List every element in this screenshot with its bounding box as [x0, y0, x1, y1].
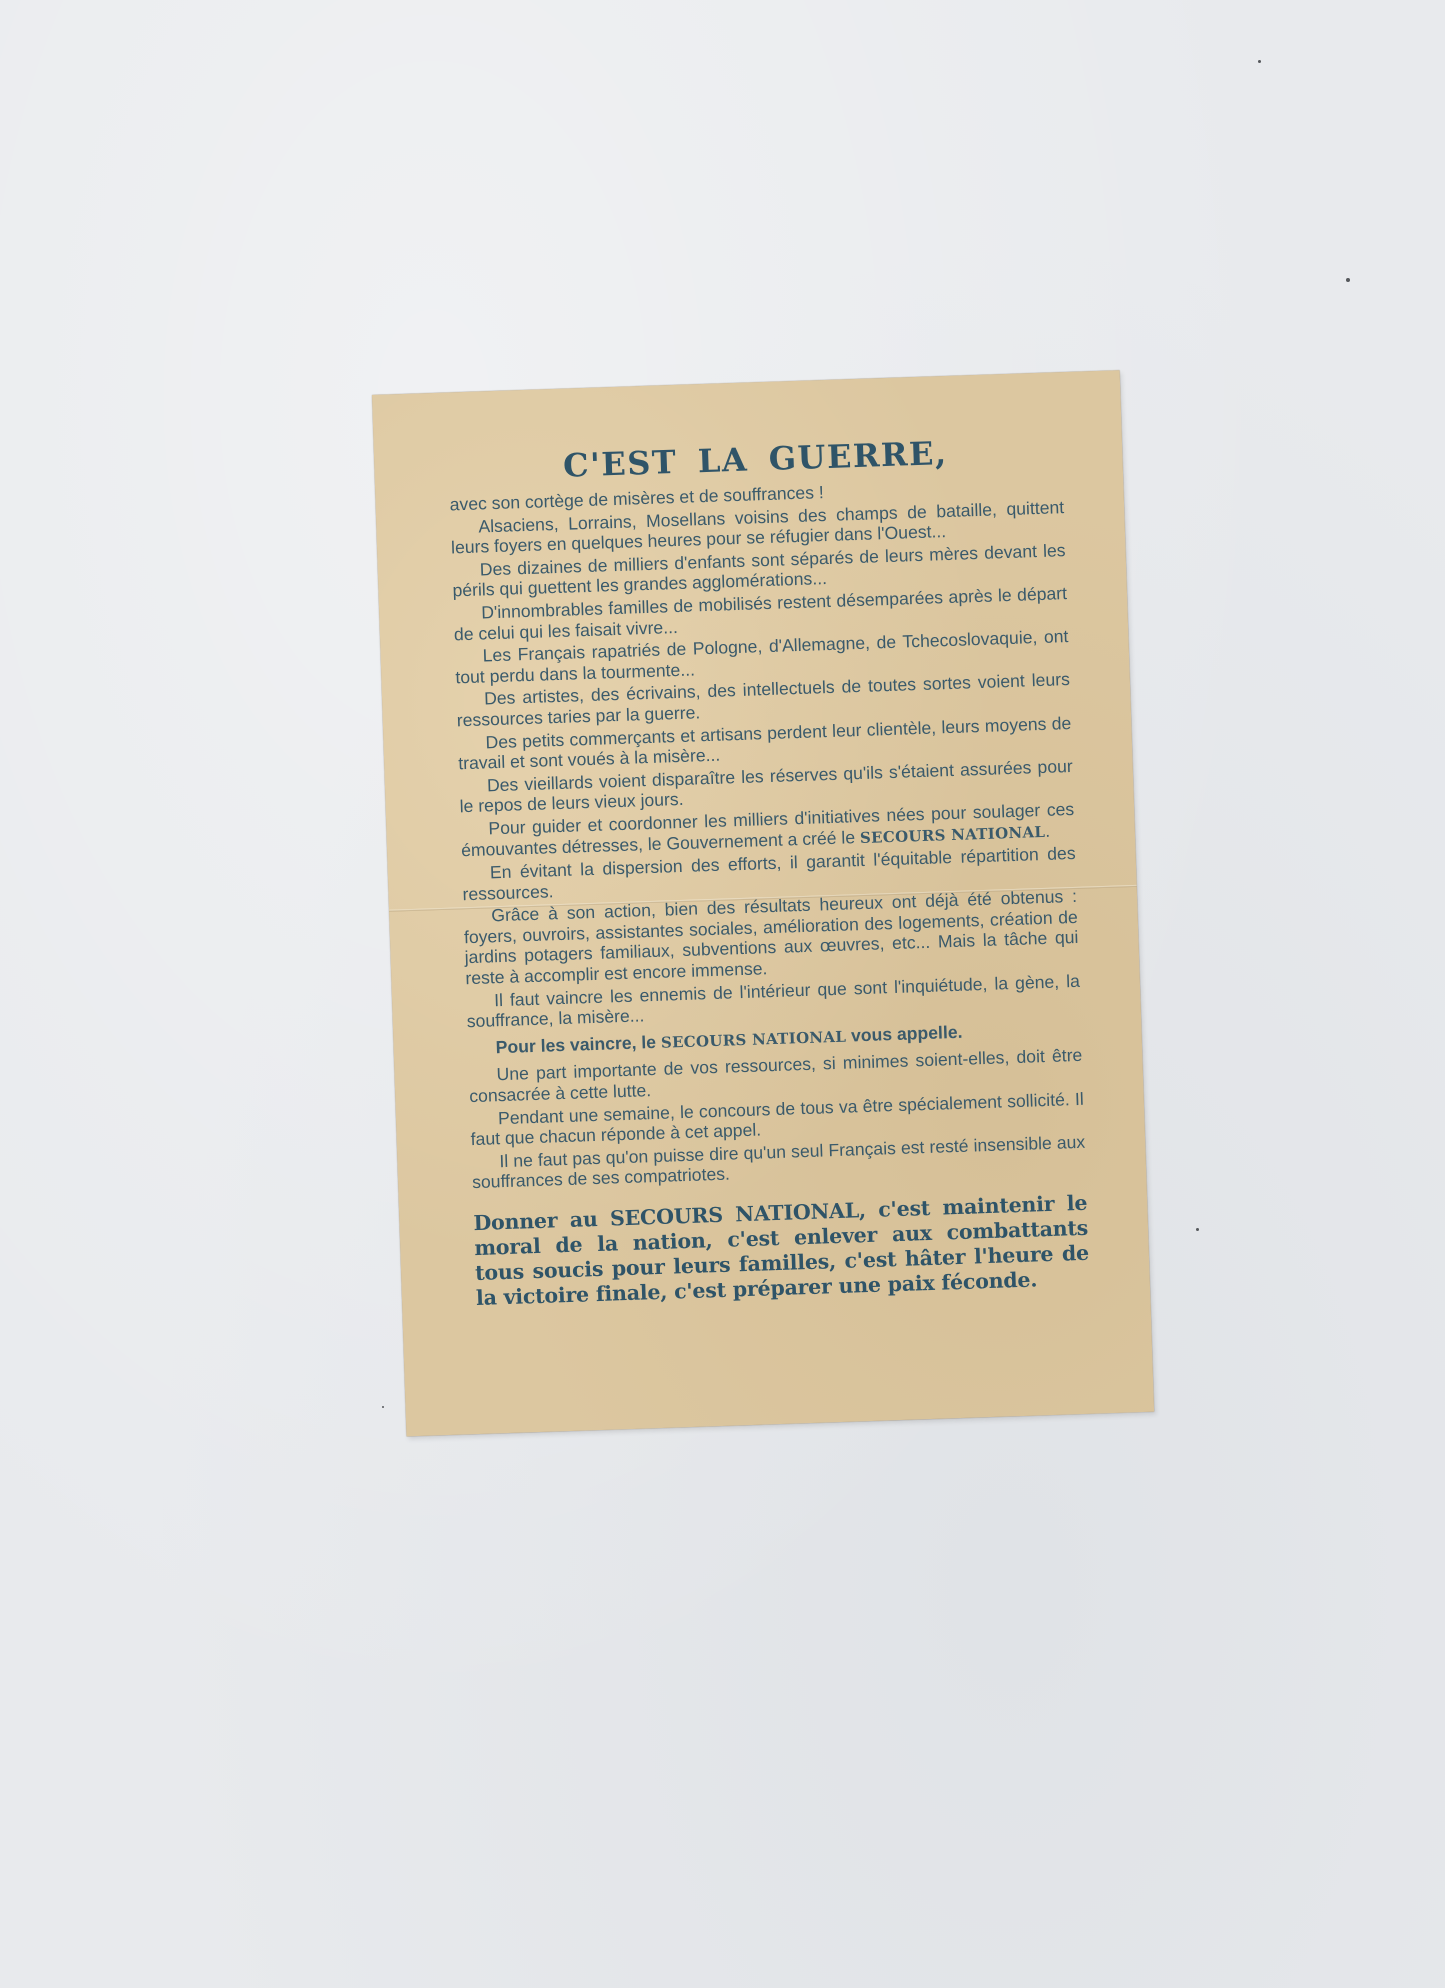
dust-speck	[1196, 1228, 1199, 1231]
secours-national-emphasis: SECOURS NATIONAL	[661, 1027, 847, 1051]
dust-speck	[382, 1406, 384, 1408]
secours-national-emphasis: SECOURS NATIONAL	[860, 822, 1046, 846]
leaflet-body: avec son cortège de misères et de souffr…	[449, 474, 1086, 1193]
closing-statement: Donner au SECOURS NATIONAL, c'est mainte…	[473, 1191, 1090, 1311]
leaflet-sheet: C'EST LA GUERRE, avec son cortège de mis…	[372, 370, 1154, 1436]
dust-speck	[1258, 60, 1261, 63]
appeal-text-end: vous appelle.	[846, 1022, 963, 1046]
government-text-end: .	[1045, 820, 1051, 840]
dust-speck	[1346, 278, 1350, 282]
appeal-text: Pour les vaincre, le	[495, 1032, 661, 1057]
